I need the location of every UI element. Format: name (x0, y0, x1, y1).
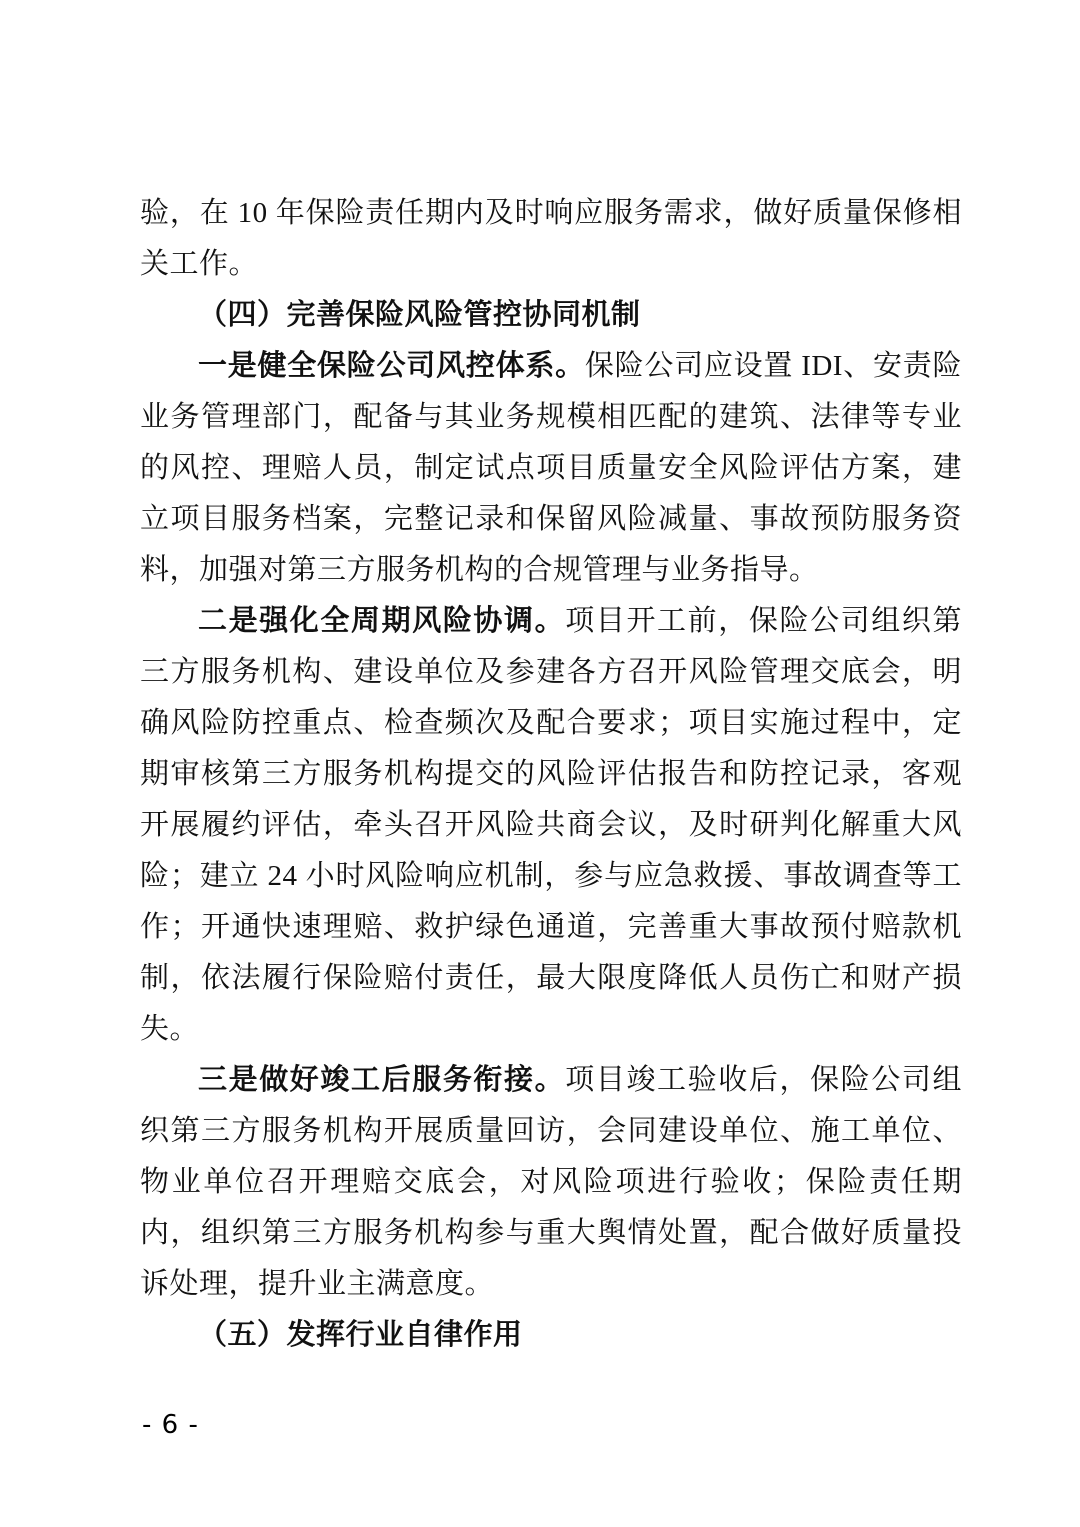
section-heading-four: （四）完善保险风险管控协同机制 (140, 290, 962, 341)
document-page: 验，在 10 年保险责任期内及时响应服务需求，做好质量保修相关工作。 （四）完善… (0, 0, 1080, 1527)
paragraph-point-three: 三是做好竣工后服务衔接。项目竣工验收后，保险公司组织第三方服务机构开展质量回访，… (140, 1055, 962, 1310)
section-heading-five: （五）发挥行业自律作用 (140, 1310, 962, 1361)
paragraph-point-one-text: 保险公司应设置 IDI、安责险业务管理部门，配备与其业务规模相匹配的建筑、法律等… (140, 350, 962, 586)
paragraph-point-three-text: 项目竣工验收后，保险公司组织第三方服务机构开展质量回访，会同建设单位、施工单位、… (140, 1064, 962, 1300)
document-body: 验，在 10 年保险责任期内及时响应服务需求，做好质量保修相关工作。 （四）完善… (140, 188, 962, 1361)
paragraph-point-two: 二是强化全周期风险协调。项目开工前，保险公司组织第三方服务机构、建设单位及参建各… (140, 596, 962, 1055)
paragraph-point-one-lead: 一是健全保险公司风控体系。 (198, 350, 585, 382)
paragraph-point-two-lead: 二是强化全周期风险协调。 (198, 605, 565, 637)
paragraph-continuation: 验，在 10 年保险责任期内及时响应服务需求，做好质量保修相关工作。 (140, 188, 962, 290)
paragraph-point-one: 一是健全保险公司风控体系。保险公司应设置 IDI、安责险业务管理部门，配备与其业… (140, 341, 962, 596)
page-number: - 6 - (142, 1408, 199, 1442)
paragraph-point-two-text: 项目开工前，保险公司组织第三方服务机构、建设单位及参建各方召开风险管理交底会，明… (140, 605, 962, 1045)
paragraph-point-three-lead: 三是做好竣工后服务衔接。 (198, 1064, 565, 1096)
